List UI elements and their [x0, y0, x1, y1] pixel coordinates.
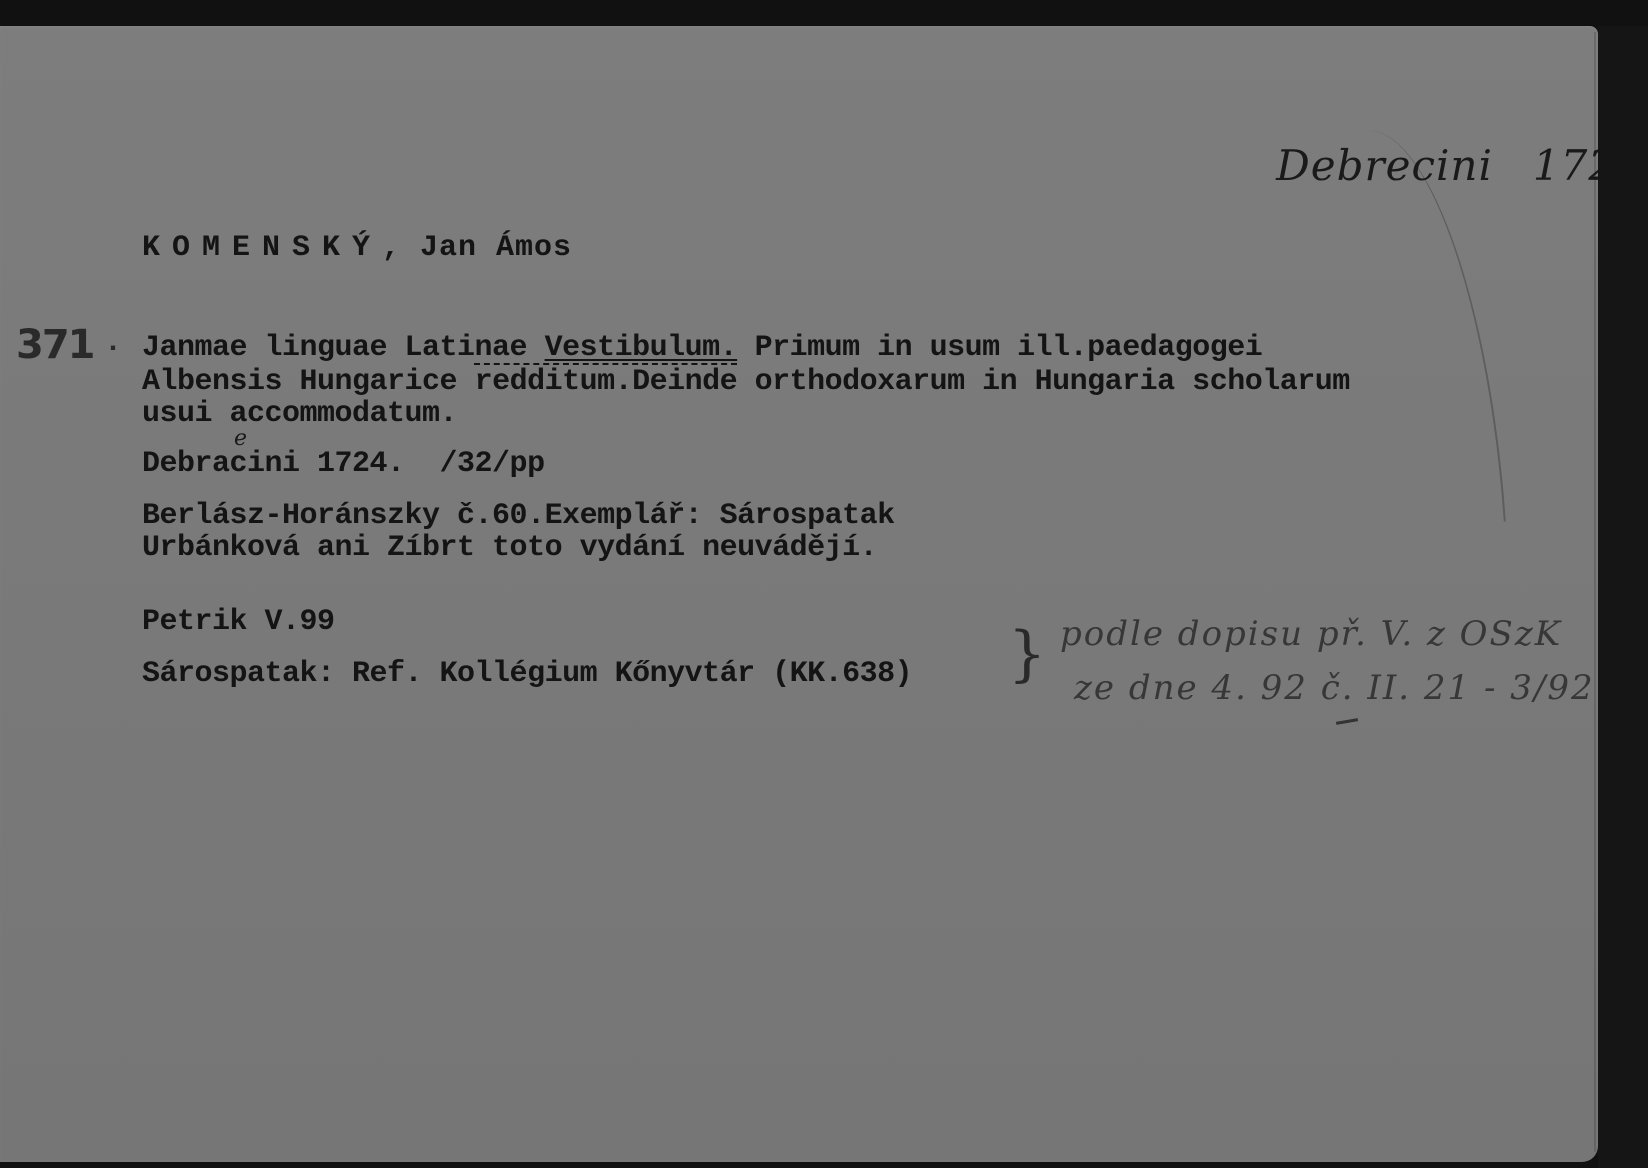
pencil-note-line-2: ze dne 4. 92 č. II. 21 - 3/92: [1074, 668, 1595, 708]
title-line-1: Janmae linguae Latinae Vestibulum. Primu…: [142, 332, 1262, 364]
pencil-mark: [1336, 718, 1358, 725]
title-text: Janmae linguae Latinae: [142, 331, 545, 365]
imprint-line: Debracini 1724. /32/pp: [142, 448, 545, 480]
scanned-card-image: Debrecini1724 KOMENSKÝ, Jan Ámos 371 . J…: [0, 0, 1648, 1168]
petrik-reference: Petrik V.99: [142, 606, 335, 638]
title-line-3: usui accommodatum.: [142, 398, 457, 430]
handwritten-header: Debrecini1724: [1190, 92, 1644, 239]
author-surname: KOMENSKÝ: [142, 231, 382, 265]
entry-number: 371: [16, 322, 94, 368]
entry-number-dot: .: [104, 326, 122, 360]
holding-location: Sárospatak: Ref. Kollégium Kőnyvtár (KK.…: [142, 658, 912, 690]
author-given-name: , Jan Ámos: [382, 231, 572, 265]
title-line-2: Albensis Hungarice redditum.Deinde ortho…: [142, 366, 1350, 398]
reference-line-1: Berlász-Horánszky č.60.Exemplář: Sárospa…: [142, 500, 895, 532]
title-dashed-words: redditum.Deinde: [475, 365, 738, 399]
title-text: Primum in usum ill.paedagogei: [737, 331, 1262, 365]
title-text: orthodoxarum in Hungaria scholarum: [737, 365, 1350, 399]
pencil-note-line-1: podle dopisu př. V. z OSzK: [1060, 614, 1562, 654]
handwritten-brace: }: [1008, 624, 1046, 684]
title-text: Albensis Hungarice: [142, 365, 475, 399]
reference-line-2: Urbánková ani Zíbrt toto vydání neuváděj…: [142, 532, 877, 564]
handwritten-place: Debrecini: [1276, 141, 1493, 190]
catalog-card: Debrecini1724 KOMENSKÝ, Jan Ámos 371 . J…: [0, 26, 1598, 1162]
author-heading: KOMENSKÝ, Jan Ámos: [142, 232, 572, 264]
title-underlined-word: Vestibulum.: [545, 331, 738, 365]
scanner-background-edge: [1598, 26, 1648, 1168]
